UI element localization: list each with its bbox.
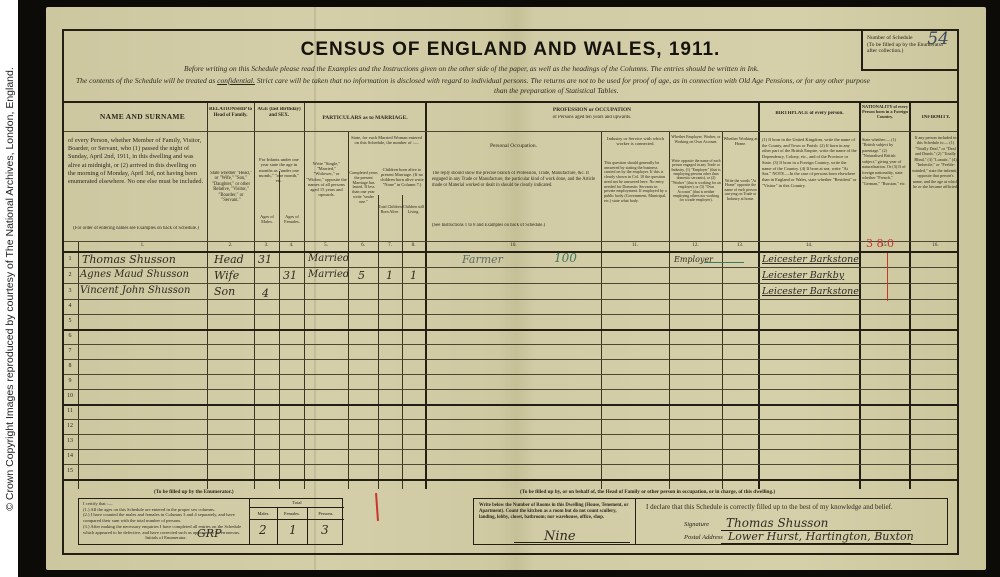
confidentiality-notice-end: than the preparation of Statistical Tabl… [494,86,618,95]
header-bottom-line [64,251,957,253]
col-line [669,131,670,489]
col-nationality-heading: NATIONALITY of every Person born in a Fo… [861,105,909,120]
row2-condition: Married [308,269,349,280]
col-home-desc: Write the words "At Home" opposite the n… [723,179,758,201]
col-line [758,103,760,489]
row3-relationship: Son [214,285,235,298]
copyright-credit: © Crown Copyright Images reproduced by c… [2,0,18,577]
col-industry: Industry or Service with which worker is… [602,136,669,147]
colnum-8: 8. [402,243,425,248]
row-number: 14 [66,453,74,459]
col-name-desc: of every Person, whether Member of Famil… [68,137,204,186]
red-tick-mark [887,253,888,301]
red-mark [375,493,379,521]
col-employer-desc: Write opposite the name of each person e… [671,159,721,203]
colnum-10: 10. [426,243,601,248]
head-signature: Thomas Shusson [726,516,828,530]
col-line [78,241,79,489]
census-schedule: CENSUS OF ENGLAND AND WALES, 1911. Befor… [62,29,959,555]
row-line-bottom [64,479,957,481]
row2-relationship: Wife [214,269,239,282]
col-personal-desc: The reply should show the precise branch… [432,171,597,189]
form-subtitle: Before writing on this Schedule please r… [184,64,759,73]
col-children-living: Children still Living. [402,205,425,214]
col-children-total: Total Children Born Alive. [378,205,402,214]
row3-birthplace: Leicester Barkstone [762,286,859,297]
col-line [207,103,208,489]
total-females: 1 [289,523,297,537]
row1-condition: Married [308,253,349,264]
row2-age-female: 31 [283,269,297,282]
row-line [64,314,957,315]
row2-children-born: 1 [386,269,393,282]
schedule-number: 54 [927,29,949,49]
row-number: 12 [66,423,74,429]
row1-occupation-code: 100 [554,251,577,265]
colnum-3: 3. [254,243,279,248]
declaration-box: I declare that this Schedule is correctl… [636,498,948,545]
col-age-females: Ages of Females. [280,214,304,224]
row2-name: Agnes Maud Shusson [80,269,189,280]
colnum-13: 13. [722,243,758,248]
col-line [859,103,861,489]
rooms-box: Write below the Number of Rooms in this … [473,498,636,545]
row-line [64,299,957,300]
row-number: 15 [66,468,74,474]
row1-relationship: Head [214,253,244,266]
confidentiality-notice: The contents of the Schedule will be tre… [76,76,946,85]
col-personal-note: (See Instructions 1 to 8 and Examples on… [432,223,597,228]
col-marriage-children: Children born alive to present Marriage.… [379,167,425,187]
row-number: 5 [66,318,74,324]
row-line [64,267,957,268]
enumerator-certification: I certify that :— (1.) All the ages on t… [83,501,249,541]
col-line [254,103,255,489]
row1-birthplace: Leicester Barkstone [762,254,859,265]
col-marriage-years: Completed years the present Marriage has… [349,171,378,205]
row-line [64,344,957,345]
col-nationality-desc: State whether:— (1) "British subject by … [862,137,908,186]
row1-age-male: 31 [258,253,272,266]
col-line [601,131,602,489]
row-number: 6 [66,333,74,339]
colnum-2: 2. [207,243,254,248]
row-line [64,464,957,465]
col-age-males: Ages of Males. [255,214,279,224]
totals-table: Total Males. Females. Persons. 2 1 3 [249,499,344,544]
row-number: 8 [66,363,74,369]
red-code-annotation: 3 8 0 [866,237,894,250]
row-number: 2 [66,272,74,278]
row-number: 7 [66,348,74,354]
enumerator-heading: (To be filled up by the Enumerator.) [154,489,234,496]
rooms-instructions: Write below the Number of Rooms in this … [479,503,631,521]
head-section-heading: (To be filled up by, or on behalf of, th… [520,489,775,496]
row2-children-living: 1 [410,269,417,282]
row-number: 13 [66,438,74,444]
row-line [64,283,957,284]
enumerator-box: I certify that :— (1.) All the ages on t… [78,498,343,545]
header-subline [64,131,957,132]
col-birthplace-heading: BIRTHPLACE of every person. [760,111,859,117]
row1-employer-stroke [704,262,744,263]
col-relationship-heading: RELATIONSHIP to Head of Family. [208,107,253,119]
col-relationship-desc: State whether "Head," or "Wife," "Son," … [209,171,253,203]
col-marriage-condition: Write "Single," "Married," "Widower," or… [306,161,347,197]
row-number: 9 [66,378,74,384]
col-age-desc: For Infants under one year state the age… [256,157,302,183]
row-line [64,419,957,420]
colnum-16: 16. [910,243,961,248]
header-numbers-line [64,241,957,242]
col-name-note: (For order of entering names see Example… [68,226,204,232]
row-number: 11 [66,408,74,414]
col-home: Whether Working at Home. [723,137,758,147]
colnum-4: 4. [279,243,304,248]
colnum-5: 5. [304,243,348,248]
col-age-heading: AGE (last Birthday) and SEX. [255,107,303,119]
col-infirmity-desc: If any person included in this Schedule … [912,135,959,190]
row1-name: Thomas Shusson [82,253,176,266]
row2-marriage-years: 5 [358,269,365,282]
row1-occupation: Farmer [462,253,503,266]
col-marriage-heading: PARTICULARS as to MARRIAGE. [305,115,425,121]
row-number: 1 [66,256,74,262]
col-line [304,103,305,489]
col-employer: Whether Employer, Worker, or Working on … [670,135,722,144]
col-line [909,103,911,489]
col-infirmity-heading: INFIRMITY. [911,115,961,121]
col-personal-occupation: Personal Occupation. [426,143,601,149]
col-line [425,103,427,489]
row-line [64,389,957,390]
row-number: 10 [66,393,74,399]
schedule-number-box: Number of Schedule (To be filled up by t… [861,29,959,71]
row3-age-male: 4 [262,287,269,300]
row-line [64,434,957,435]
total-males: 2 [259,523,267,537]
colnum-11: 11. [601,243,669,248]
row3-name: Vincent John Shusson [80,285,190,296]
col-name-heading: NAME AND SURNAME [78,113,207,122]
header-divider [64,101,957,103]
row-number: 3 [66,288,74,294]
col-birthplace-desc: (1) If born in the United Kingdom, write… [762,137,857,188]
row-number: 4 [66,303,74,309]
col-occupation-sub: of Persons aged ten years and upwards. [426,115,758,121]
colnum-7: 7. [378,243,402,248]
row2-birthplace: Leicester Barkby [762,270,844,281]
col-industry-desc: This question should generally be answer… [604,161,668,203]
postal-address: Lower Hurst, Hartington, Buxton [728,530,914,543]
row-line [64,359,957,360]
row-line [64,329,957,331]
colnum-14: 14. [759,243,859,248]
col-occupation-heading: PROFESSION or OCCUPATION [426,107,758,113]
col-marriage-state: State, for each Married Woman entered on… [349,135,424,145]
col-line [402,195,403,489]
col-line [378,195,379,489]
form-title: CENSUS OF ENGLAND AND WALES, 1911. [64,39,957,61]
row-line [64,449,957,450]
enumerator-initials: GRP [197,527,221,540]
declaration-text: I declare that this Schedule is correctl… [646,503,893,511]
colnum-12: 12. [669,243,722,248]
total-persons: 3 [321,523,329,537]
row-line [64,404,957,406]
colnum-6: 6. [348,243,378,248]
row-line [64,374,957,375]
colnum-1: 1. [78,243,207,248]
